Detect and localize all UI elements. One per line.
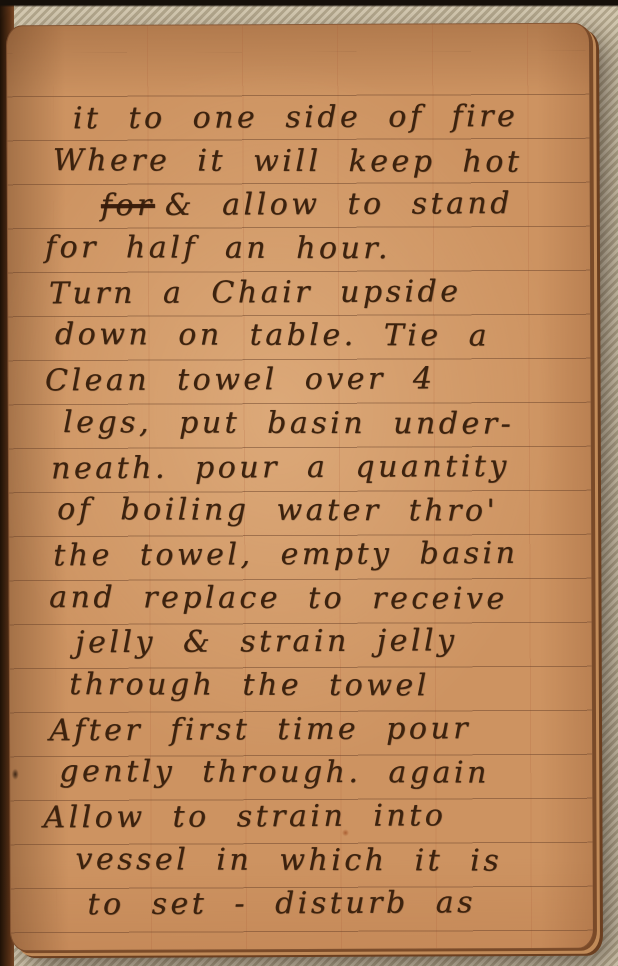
photo-top-edge [0,0,618,7]
line-text: through the towel [69,667,430,703]
line-text: vessel in which it is [75,842,502,878]
handwritten-line: neath. pour a quantity [51,444,581,490]
handwritten-line: of boiling water thro' [57,488,581,534]
line-text: After first time pour [49,711,471,748]
line-text: Clean towel over 4 [45,361,436,398]
handwritten-line: the towel, empty basin [53,531,581,577]
line-text: down on table. Tie a [55,317,490,354]
line-text: and replace to receive [49,580,508,617]
line-text: the towel, empty basin [53,536,518,573]
handwritten-line: down on table. Tie a [55,313,581,359]
notebook-page: it to one side of fireWhere it will keep… [6,23,594,952]
handwritten-line: Where it will keep hot [53,139,581,185]
struck-word: for [101,188,155,223]
line-text: it to one side of fire [73,99,519,136]
handwritten-line: for& allow to stand [101,182,581,228]
line-text: gently through. again [59,754,490,791]
handwritten-line: After first time pour [49,706,581,752]
line-text: jelly & strain jelly [75,624,457,661]
handwritten-line: and replace to receive [49,576,581,622]
line-text: Turn a Chair upside [49,274,462,311]
line-text: legs, put basin under- [63,405,514,442]
handwritten-line: through the towel [69,663,581,708]
handwritten-line: Turn a Chair upside [49,269,581,315]
line-text: for half an hour. [45,230,391,266]
handwritten-line: it to one side of fire [73,95,581,141]
line-text: & allow to stand [165,186,513,223]
handwritten-line: gently through. again [59,750,581,796]
handwritten-line: legs, put basin under- [63,401,581,446]
handwriting: it to one side of fireWhere it will keep… [43,96,582,927]
handwritten-line: Allow to strain into [43,794,581,841]
handwritten-line: to set - disturb as [87,881,581,927]
handwritten-line: jelly & strain jelly [75,619,581,665]
line-text: of boiling water thro' [57,492,498,529]
handwritten-line: for half an hour. [45,226,581,272]
handwritten-line: Clean towel over 4 [45,357,581,403]
handwritten-line: vessel in which it is [75,838,581,883]
photo-background: it to one side of fireWhere it will keep… [0,0,618,966]
line-text: Where it will keep hot [53,143,523,180]
line-text: to set - disturb as [87,886,476,923]
line-text: neath. pour a quantity [51,448,510,485]
line-text: Allow to strain into [43,798,446,835]
